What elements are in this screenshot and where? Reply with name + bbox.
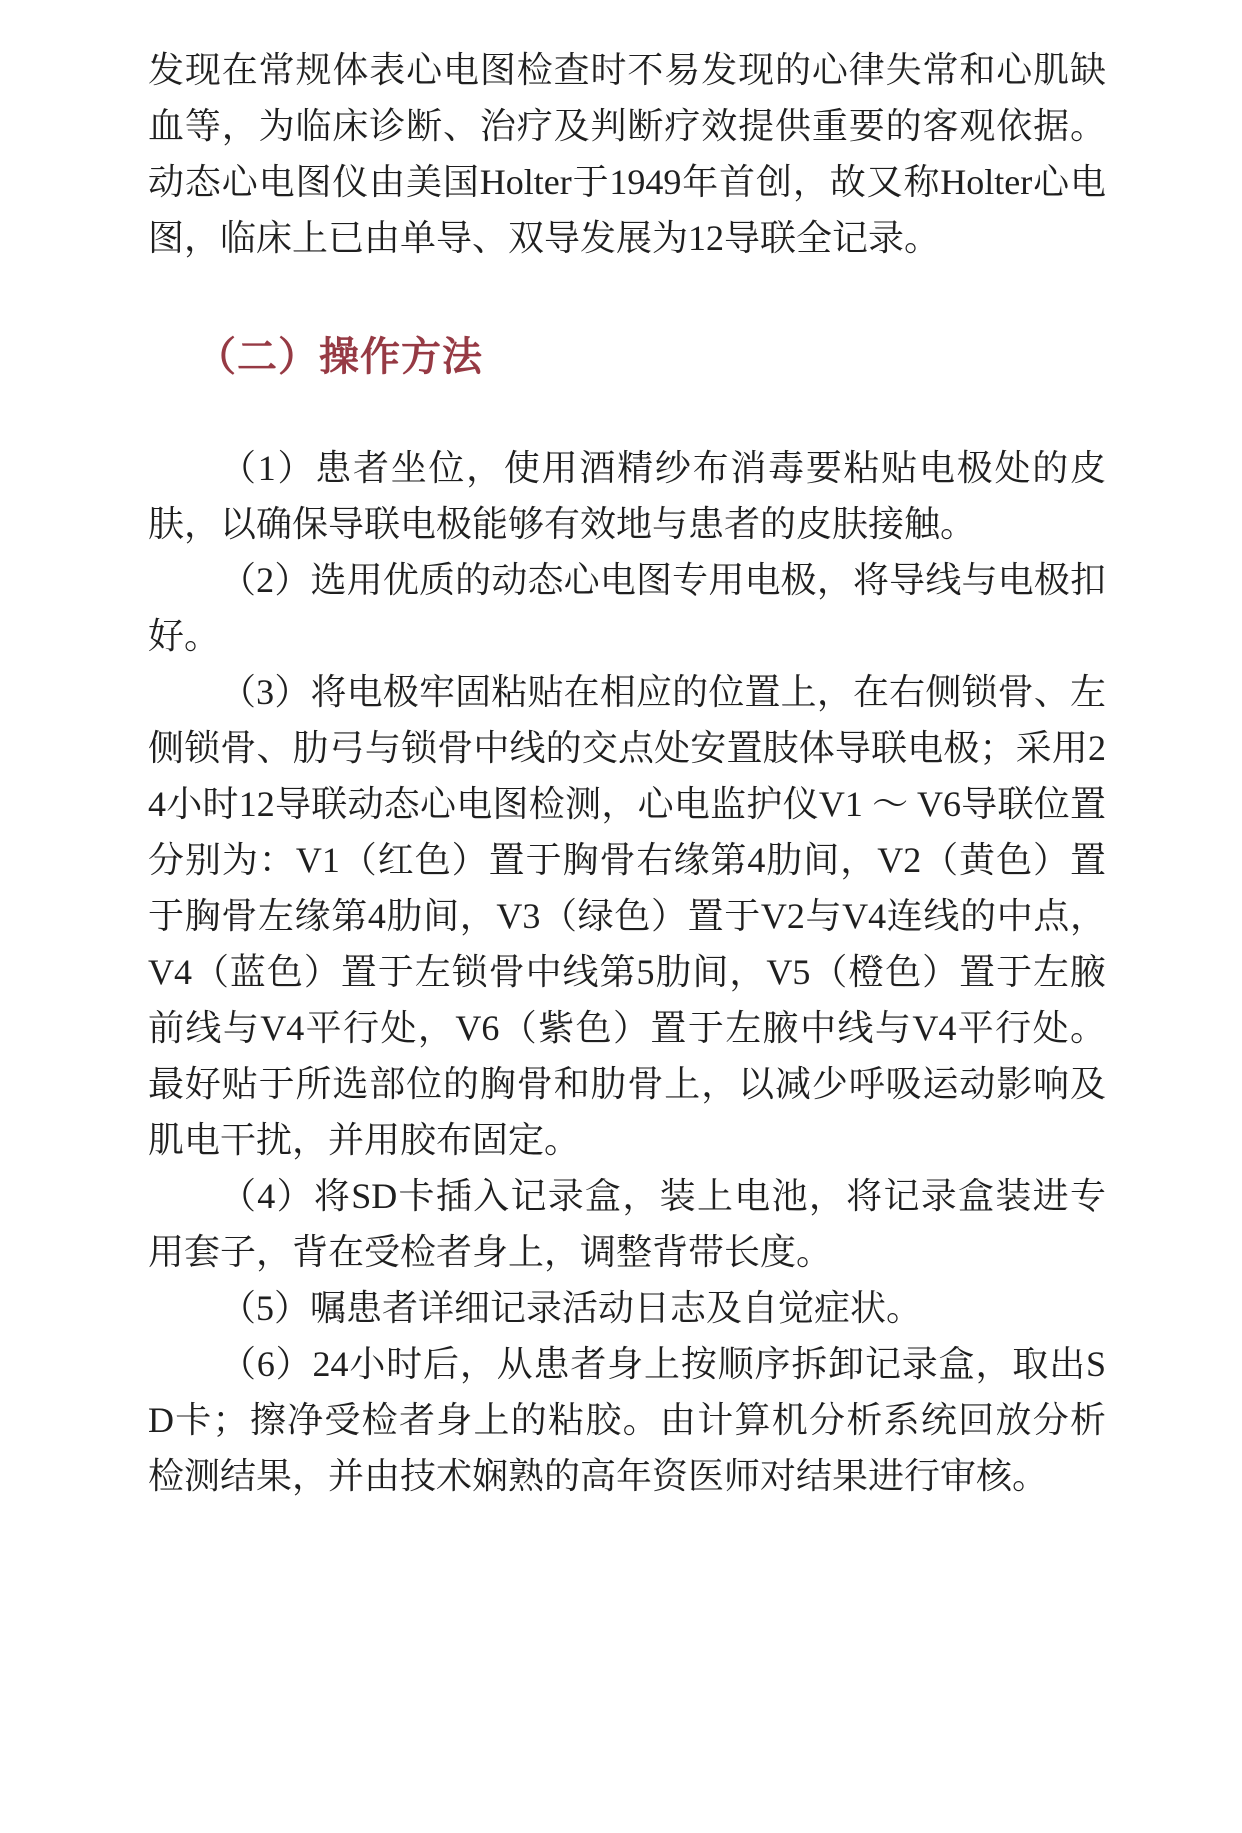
step-paragraph-1: （1）患者坐位，使用酒精纱布消毒要粘贴电极处的皮肤，以确保导联电极能够有效地与患… xyxy=(148,440,1106,552)
step-paragraph-4: （4）将SD卡插入记录盒，装上电池，将记录盒装进专用套子，背在受检者身上，调整背… xyxy=(148,1168,1106,1280)
book-page: 发现在常规体表心电图检查时不易发现的心律失常和心肌缺血等，为临床诊断、治疗及判断… xyxy=(0,0,1242,1833)
step-paragraph-2: （2）选用优质的动态心电图专用电极，将导线与电极扣好。 xyxy=(148,552,1106,664)
section-heading: （二）操作方法 xyxy=(148,332,1106,382)
step-paragraph-5: （5）嘱患者详细记录活动日志及自觉症状。 xyxy=(148,1280,1106,1336)
intro-paragraph: 发现在常规体表心电图检查时不易发现的心律失常和心肌缺血等，为临床诊断、治疗及判断… xyxy=(148,42,1106,266)
step-paragraph-6: （6）24小时后，从患者身上按顺序拆卸记录盒，取出SD卡；擦净受检者身上的粘胶。… xyxy=(148,1336,1106,1504)
page-content: 发现在常规体表心电图检查时不易发现的心律失常和心肌缺血等，为临床诊断、治疗及判断… xyxy=(148,42,1106,1504)
step-paragraph-3: （3）将电极牢固粘贴在相应的位置上，在右侧锁骨、左侧锁骨、肋弓与锁骨中线的交点处… xyxy=(148,664,1106,1168)
